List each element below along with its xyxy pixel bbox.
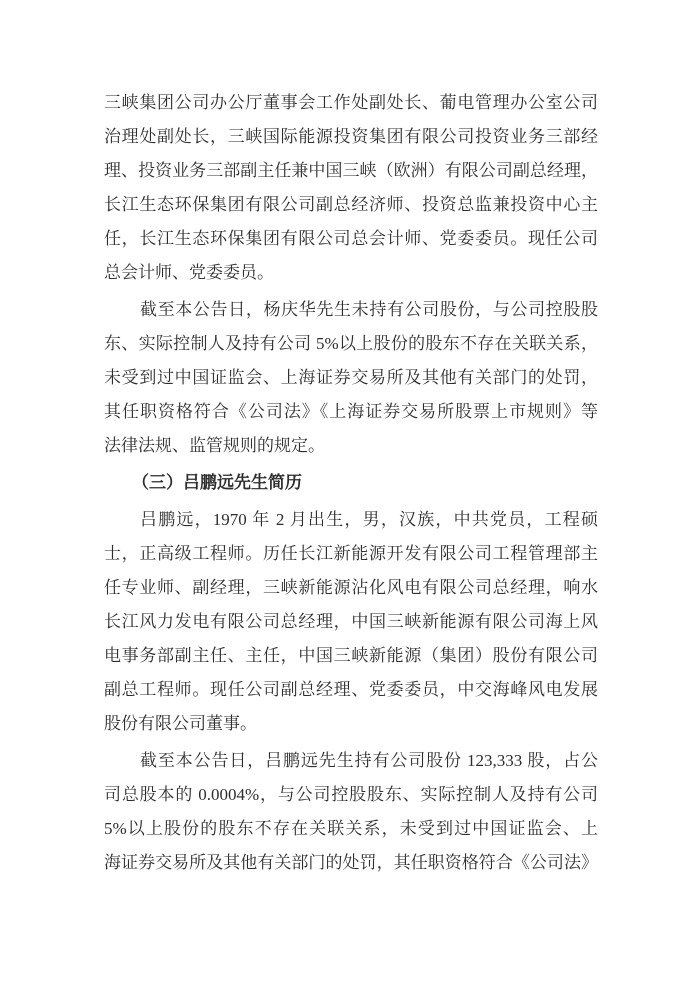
text-line: 5%以上股份的股东不存在关联关系，未受到过中国证监会、上 [104,812,598,846]
text-line: 未受到过中国证监会、上海证券交易所及其他有关部门的处罚， [104,361,598,395]
text-line: 士，正高级工程师。历任长江新能源开发有限公司工程管理部主 [104,537,598,571]
text-line: 其任职资格符合《公司法》《上海证券交易所股票上市规则》等 [104,395,598,429]
document-page: 三峡集团公司办公厅董事会工作处副处长、葡电管理办公室公司治理处副处长，三峡国际能… [0,0,700,989]
section-heading: （三）吕鹏远先生简历 [104,466,598,500]
text-line: 截至本公告日，杨庆华先生未持有公司股份，与公司控股股 [104,293,598,327]
document-content: 三峡集团公司办公厅董事会工作处副处长、葡电管理办公室公司治理处副处长，三峡国际能… [104,86,598,880]
text-line: 总会计师、党委委员。 [104,256,598,290]
text-line: 三峡集团公司办公厅董事会工作处副处长、葡电管理办公室公司 [104,86,598,120]
text-line: 海证券交易所及其他有关部门的处罚，其任职资格符合《公司法》 [104,846,598,880]
text-line: 司总股本的 0.0004%，与公司控股股东、实际控制人及持有公司 [104,778,598,812]
paragraph: 吕鹏远，1970 年 2 月出生，男，汉族，中共党员，工程硕士，正高级工程师。历… [104,503,598,741]
text-line: 副总工程师。现任公司副总经理、党委委员，中交海峰风电发展 [104,673,598,707]
text-line: 股份有限公司董事。 [104,707,598,741]
text-line: 任专业师、副经理，三峡新能源沾化风电有限公司总经理，响水 [104,571,598,605]
text-line: 理、投资业务三部副主任兼中国三峡（欧洲）有限公司副总经理， [104,154,598,188]
text-line: 东、实际控制人及持有公司 5%以上股份的股东不存在关联关系， [104,327,598,361]
text-line: 截至本公告日，吕鹏远先生持有公司股份 123,333 股，占公 [104,744,598,778]
text-line: 吕鹏远，1970 年 2 月出生，男，汉族，中共党员，工程硕 [104,503,598,537]
paragraph: 截至本公告日，吕鹏远先生持有公司股份 123,333 股，占公司总股本的 0.0… [104,744,598,880]
text-line: 电事务部副主任、主任，中国三峡新能源（集团）股份有限公司 [104,639,598,673]
text-line: 长江风力发电有限公司总经理，中国三峡新能源有限公司海上风 [104,605,598,639]
text-line: 任，长江生态环保集团有限公司总会计师、党委委员。现任公司 [104,222,598,256]
heading-line: （三）吕鹏远先生简历 [104,466,598,500]
text-line: 法律法规、监管规则的规定。 [104,429,598,463]
paragraph: 截至本公告日，杨庆华先生未持有公司股份，与公司控股股东、实际控制人及持有公司 5… [104,293,598,463]
text-line: 长江生态环保集团有限公司副总经济师、投资总监兼投资中心主 [104,188,598,222]
paragraph: 三峡集团公司办公厅董事会工作处副处长、葡电管理办公室公司治理处副处长，三峡国际能… [104,86,598,290]
text-line: 治理处副处长，三峡国际能源投资集团有限公司投资业务三部经 [104,120,598,154]
